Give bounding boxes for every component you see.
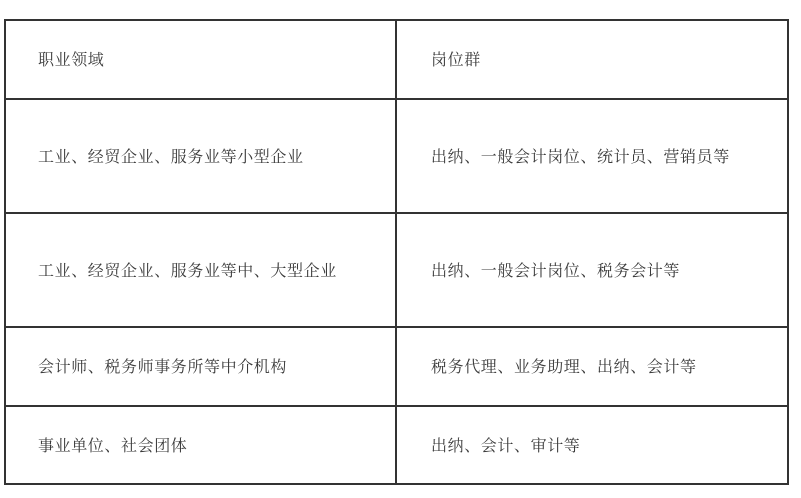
field-text: 会计师、税务师事务所等中介机构 — [38, 349, 287, 384]
field-text: 工业、经贸企业、服务业等中、大型企业 — [3, 253, 337, 288]
field-text: 工业、经贸企业、服务业等小型企业 — [38, 139, 304, 174]
field-cell: 会计师、税务师事务所等中介机构 — [6, 328, 397, 405]
header-positions-label: 岗位群 — [431, 42, 481, 77]
header-field-label: 职业领域 — [38, 42, 104, 77]
positions-cell: 出纳、一般会计岗位、统计员、营销员等 — [397, 100, 787, 212]
positions-cell: 出纳、会计、审计等 — [397, 407, 787, 483]
positions-cell: 出纳、一般会计岗位、税务会计等 — [397, 214, 787, 326]
positions-text: 出纳、一般会计岗位、统计员、营销员等 — [396, 139, 730, 174]
header-cell-field: 职业领域 — [6, 21, 397, 98]
table-row: 工业、经贸企业、服务业等中、大型企业 出纳、一般会计岗位、税务会计等 — [6, 214, 787, 328]
positions-text: 税务代理、业务助理、出纳、会计等 — [431, 349, 697, 384]
header-cell-positions: 岗位群 — [397, 21, 787, 98]
field-cell: 事业单位、社会团体 — [6, 407, 397, 483]
field-text: 事业单位、社会团体 — [38, 428, 187, 463]
field-cell: 工业、经贸企业、服务业等小型企业 — [6, 100, 397, 212]
table-header-row: 职业领域 岗位群 — [6, 21, 787, 100]
table-row: 会计师、税务师事务所等中介机构 税务代理、业务助理、出纳、会计等 — [6, 328, 787, 407]
positions-text: 出纳、一般会计岗位、税务会计等 — [431, 253, 680, 288]
field-cell: 工业、经贸企业、服务业等中、大型企业 — [6, 214, 397, 326]
table-row: 事业单位、社会团体 出纳、会计、审计等 — [6, 407, 787, 483]
career-field-table: 职业领域 岗位群 工业、经贸企业、服务业等小型企业 出纳、一般会计岗位、统计员、… — [4, 19, 789, 485]
positions-text: 出纳、会计、审计等 — [431, 428, 580, 463]
positions-cell: 税务代理、业务助理、出纳、会计等 — [397, 328, 787, 405]
table-row: 工业、经贸企业、服务业等小型企业 出纳、一般会计岗位、统计员、营销员等 — [6, 100, 787, 214]
